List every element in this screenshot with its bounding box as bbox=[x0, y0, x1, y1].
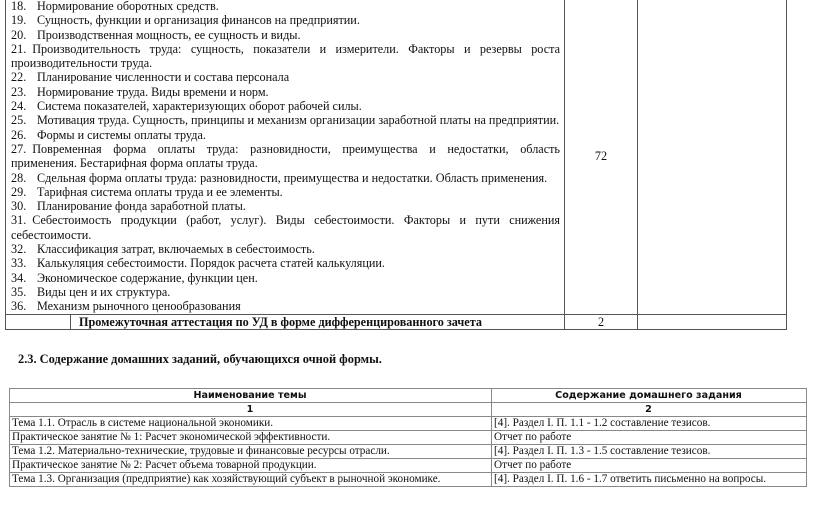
question-item: 22.Планирование численности и состава пе… bbox=[11, 70, 560, 84]
question-text: Производительность труда: сущность, пока… bbox=[11, 42, 560, 70]
homework-header-row: Наименование темы Содержание домашнего з… bbox=[10, 389, 807, 403]
colnum-2: 2 bbox=[492, 403, 807, 417]
question-number: 18. bbox=[11, 0, 37, 13]
questions-list: 18.Нормирование оборотных средств.19.Сущ… bbox=[11, 0, 560, 314]
question-number: 23. bbox=[11, 85, 37, 99]
questions-row: 18.Нормирование оборотных средств.19.Сущ… bbox=[6, 0, 787, 314]
question-number: 24. bbox=[11, 99, 37, 113]
table-row: Тема 1.3. Организация (предприятие) как … bbox=[10, 473, 807, 487]
topic-cell: Тема 1.1. Отрасль в системе национальной… bbox=[10, 417, 492, 431]
question-number: 34. bbox=[11, 271, 37, 285]
question-item: 34.Экономическое содержание, функции цен… bbox=[11, 271, 560, 285]
question-number: 28. bbox=[11, 171, 37, 185]
question-number: 27. bbox=[11, 142, 26, 156]
table-row: Практическое занятие № 1: Расчет экономи… bbox=[10, 431, 807, 445]
question-item: 20.Производственная мощность, ее сущност… bbox=[11, 28, 560, 42]
topic-cell: Практическое занятие № 2: Расчет объема … bbox=[10, 459, 492, 473]
attestation-label: Промежуточная аттестация по УД в форме д… bbox=[71, 314, 565, 329]
assignment-cell: [4]. Раздел I. П. 1.6 - 1.7 ответить пис… bbox=[492, 473, 807, 487]
topic-cell: Практическое занятие № 1: Расчет экономи… bbox=[10, 431, 492, 445]
question-text: Производственная мощность, ее сущность и… bbox=[37, 28, 301, 42]
homework-table: Наименование темы Содержание домашнего з… bbox=[9, 388, 807, 487]
question-number: 30. bbox=[11, 199, 37, 213]
attestation-empty-right bbox=[638, 314, 787, 329]
question-item: 27.Повременная форма оплаты труда: разно… bbox=[11, 142, 560, 171]
question-text: Формы и системы оплаты труда. bbox=[37, 128, 206, 142]
question-item: 26.Формы и системы оплаты труда. bbox=[11, 128, 560, 142]
table-row: Тема 1.1. Отрасль в системе национальной… bbox=[10, 417, 807, 431]
question-item: 19.Сущность, функции и организация финан… bbox=[11, 13, 560, 27]
question-text: Сдельная форма оплаты труда: разновиднос… bbox=[37, 171, 547, 185]
question-text: Повременная форма оплаты труда: разновид… bbox=[11, 142, 560, 170]
question-text: Себестоимость продукции (работ, услуг). … bbox=[11, 213, 560, 241]
question-text: Виды цен и их структура. bbox=[37, 285, 170, 299]
table-row: Тема 1.2. Материально-технические, трудо… bbox=[10, 445, 807, 459]
questions-table: 18.Нормирование оборотных средств.19.Сущ… bbox=[5, 0, 787, 330]
hours-cell: 72 bbox=[565, 0, 638, 314]
homework-colnum-row: 1 2 bbox=[10, 403, 807, 417]
question-item: 25.Мотивация труда. Сущность, принципы и… bbox=[11, 113, 560, 127]
question-item: 21.Производительность труда: сущность, п… bbox=[11, 42, 560, 71]
question-item: 33.Калькуляция себестоимости. Порядок ра… bbox=[11, 256, 560, 270]
assignment-cell: [4]. Раздел I. П. 1.3 - 1.5 составление … bbox=[492, 445, 807, 459]
assignment-cell: Отчет по работе bbox=[492, 459, 807, 473]
question-number: 19. bbox=[11, 13, 37, 27]
header-topic: Наименование темы bbox=[10, 389, 492, 403]
questions-list-cell: 18.Нормирование оборотных средств.19.Сущ… bbox=[6, 0, 565, 314]
topic-cell: Тема 1.2. Материально-технические, трудо… bbox=[10, 445, 492, 459]
question-text: Система показателей, характеризующих обо… bbox=[37, 99, 362, 113]
empty-cell bbox=[638, 0, 787, 314]
question-item: 18.Нормирование оборотных средств. bbox=[11, 0, 560, 13]
question-text: Нормирование оборотных средств. bbox=[37, 0, 219, 13]
question-text: Планирование численности и состава персо… bbox=[37, 70, 289, 84]
section-title: 2.3. Содержание домашних заданий, обучаю… bbox=[18, 352, 382, 367]
question-number: 33. bbox=[11, 256, 37, 270]
question-number: 32. bbox=[11, 242, 37, 256]
question-text: Экономическое содержание, функции цен. bbox=[37, 271, 258, 285]
question-number: 31. bbox=[11, 213, 26, 227]
question-number: 20. bbox=[11, 28, 37, 42]
question-text: Планирование фонда заработной платы. bbox=[37, 199, 246, 213]
question-text: Сущность, функции и организация финансов… bbox=[37, 13, 360, 27]
header-content: Содержание домашнего задания bbox=[492, 389, 807, 403]
question-number: 36. bbox=[11, 299, 37, 313]
question-number: 29. bbox=[11, 185, 37, 199]
question-item: 28.Сдельная форма оплаты труда: разновид… bbox=[11, 171, 560, 185]
attestation-empty-cell bbox=[6, 314, 71, 329]
question-text: Нормирование труда. Виды времени и норм. bbox=[37, 85, 269, 99]
question-number: 22. bbox=[11, 70, 37, 84]
question-number: 21. bbox=[11, 42, 26, 56]
question-item: 30.Планирование фонда заработной платы. bbox=[11, 199, 560, 213]
question-item: 23.Нормирование труда. Виды времени и но… bbox=[11, 85, 560, 99]
question-item: 32.Классификация затрат, включаемых в се… bbox=[11, 242, 560, 256]
question-item: 31.Себестоимость продукции (работ, услуг… bbox=[11, 213, 560, 242]
attestation-hours: 2 bbox=[565, 314, 638, 329]
question-item: 24.Система показателей, характеризующих … bbox=[11, 99, 560, 113]
table-row: Практическое занятие № 2: Расчет объема … bbox=[10, 459, 807, 473]
attestation-row: Промежуточная аттестация по УД в форме д… bbox=[6, 314, 787, 329]
question-text: Механизм рыночного ценообразования bbox=[37, 299, 241, 313]
question-text: Мотивация труда. Сущность, принципы и ме… bbox=[37, 113, 559, 127]
question-number: 25. bbox=[11, 113, 37, 127]
question-item: 36.Механизм рыночного ценообразования bbox=[11, 299, 560, 313]
question-text: Калькуляция себестоимости. Порядок расче… bbox=[37, 256, 385, 270]
question-item: 29.Тарифная система оплаты труда и ее эл… bbox=[11, 185, 560, 199]
question-item: 35.Виды цен и их структура. bbox=[11, 285, 560, 299]
question-number: 35. bbox=[11, 285, 37, 299]
question-number: 26. bbox=[11, 128, 37, 142]
assignment-cell: Отчет по работе bbox=[492, 431, 807, 445]
colnum-1: 1 bbox=[10, 403, 492, 417]
question-text: Тарифная система оплаты труда и ее элеме… bbox=[37, 185, 283, 199]
assignment-cell: [4]. Раздел I. П. 1.1 - 1.2 составление … bbox=[492, 417, 807, 431]
question-text: Классификация затрат, включаемых в себес… bbox=[37, 242, 315, 256]
topic-cell: Тема 1.3. Организация (предприятие) как … bbox=[10, 473, 492, 487]
